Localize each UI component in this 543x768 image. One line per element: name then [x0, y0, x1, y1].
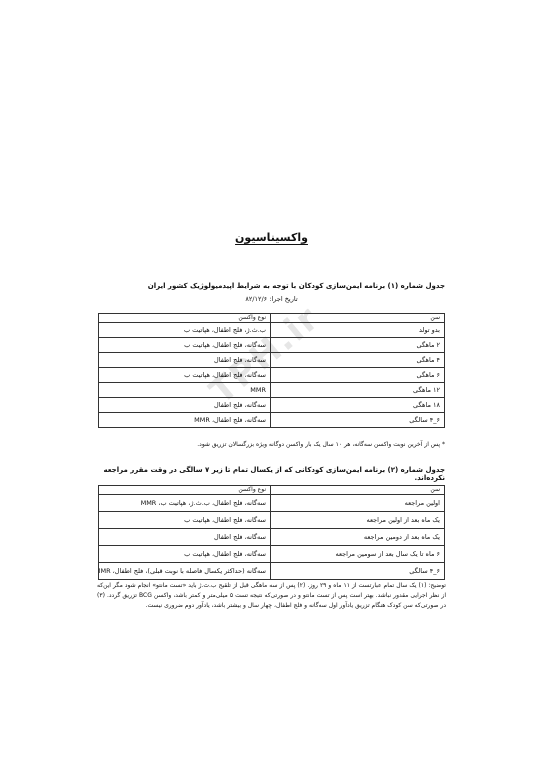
cell-age: یک ماه بعد از دومین مراجعه	[271, 529, 445, 546]
table-header-row: سن نوع واکسن	[99, 314, 445, 323]
cell-age: ۶_۴ سالگی	[271, 413, 445, 428]
cell-age: ۶ ماه تا یک سال بعد از سومین مراجعه	[271, 546, 445, 563]
immunization-table-1: سن نوع واکسن بدو تولد ب.ث.ژ، فلج اطفال، …	[98, 313, 445, 428]
cell-vaccine: سه‌گانه، فلج اطفال، هپاتیت ب	[99, 338, 271, 353]
cell-age: یک ماه بعد از اولین مراجعه	[271, 512, 445, 529]
column-header-age: سن	[271, 314, 445, 323]
cell-age: بدو تولد	[271, 323, 445, 338]
cell-vaccine: ب.ث.ژ، فلج اطفال، هپاتیت ب	[99, 323, 271, 338]
table2-explanation: توضیح: (۱) یک سال تمام عبارتست از ۱۱ ماه…	[97, 581, 446, 611]
table1-date: تاریخ اجرا: ۸۲/۱۲/۶	[98, 295, 445, 303]
table-row: ۶_۴ سالگی سه‌گانه، فلج اطفال، MMR	[99, 413, 445, 428]
cell-vaccine: سه‌گانه، فلج اطفال، هپاتیت ب	[99, 368, 271, 383]
table-row: ۶_۴ سالگی سه‌گانه (حداکثر یکسال فاصله با…	[99, 563, 445, 580]
table-row: ۱۲ ماهگی MMR	[99, 383, 445, 398]
cell-age: ۱۸ ماهگی	[271, 398, 445, 413]
document-page: TPH.ir واکسیناسیون جدول شماره (۱) برنامه…	[0, 0, 543, 768]
cell-vaccine: سه‌گانه، فلج اطفال	[99, 398, 271, 413]
table-row: بدو تولد ب.ث.ژ، فلج اطفال، هپاتیت ب	[99, 323, 445, 338]
table-row: یک ماه بعد از اولین مراجعه سه‌گانه، فلج …	[99, 512, 445, 529]
cell-vaccine: سه‌گانه، فلج اطفال، ب.ث.ژ، هپاتیت ب، MMR	[99, 495, 271, 512]
cell-vaccine: سه‌گانه، فلج اطفال	[99, 529, 271, 546]
page-title-text: واکسیناسیون	[235, 231, 308, 244]
table1-footnote: * پس از آخرین نوبت واکسن سه‌گانه، هر ۱۰ …	[98, 441, 445, 448]
cell-vaccine: MMR	[99, 383, 271, 398]
page-title: واکسیناسیون	[0, 231, 543, 244]
column-header-vaccine: نوع واکسن	[99, 486, 271, 495]
table1-heading: جدول شماره (۱) برنامه ایمن‌سازی کودکان ب…	[98, 282, 445, 290]
table-row: ۶ ماهگی سه‌گانه، فلج اطفال، هپاتیت ب	[99, 368, 445, 383]
table-header-row: سن نوع واکسن	[99, 486, 445, 495]
cell-vaccine: سه‌گانه، فلج اطفال	[99, 353, 271, 368]
cell-age: ۱۲ ماهگی	[271, 383, 445, 398]
cell-age: ۶ ماهگی	[271, 368, 445, 383]
cell-age: ۲ ماهگی	[271, 338, 445, 353]
table-row: یک ماه بعد از دومین مراجعه سه‌گانه، فلج …	[99, 529, 445, 546]
cell-age: اولین مراجعه	[271, 495, 445, 512]
cell-vaccine: سه‌گانه (حداکثر یکسال فاصله با نوبت قبلی…	[99, 563, 271, 580]
table-row: ۲ ماهگی سه‌گانه، فلج اطفال، هپاتیت ب	[99, 338, 445, 353]
cell-vaccine: سه‌گانه، فلج اطفال، هپاتیت ب	[99, 546, 271, 563]
cell-vaccine: سه‌گانه، فلج اطفال، هپاتیت ب	[99, 512, 271, 529]
table-row: ۴ ماهگی سه‌گانه، فلج اطفال	[99, 353, 445, 368]
table-row: ۶ ماه تا یک سال بعد از سومین مراجعه سه‌گ…	[99, 546, 445, 563]
immunization-table-2: سن نوع واکسن اولین مراجعه سه‌گانه، فلج ا…	[98, 485, 445, 580]
table2-heading: جدول شماره (۲) برنامه ایمن‌سازی کودکانی …	[98, 466, 445, 482]
cell-age: ۴ ماهگی	[271, 353, 445, 368]
cell-age: ۶_۴ سالگی	[271, 563, 445, 580]
table-row: ۱۸ ماهگی سه‌گانه، فلج اطفال	[99, 398, 445, 413]
cell-vaccine: سه‌گانه، فلج اطفال، MMR	[99, 413, 271, 428]
column-header-age: سن	[271, 486, 445, 495]
column-header-vaccine: نوع واکسن	[99, 314, 271, 323]
table-row: اولین مراجعه سه‌گانه، فلج اطفال، ب.ث.ژ، …	[99, 495, 445, 512]
